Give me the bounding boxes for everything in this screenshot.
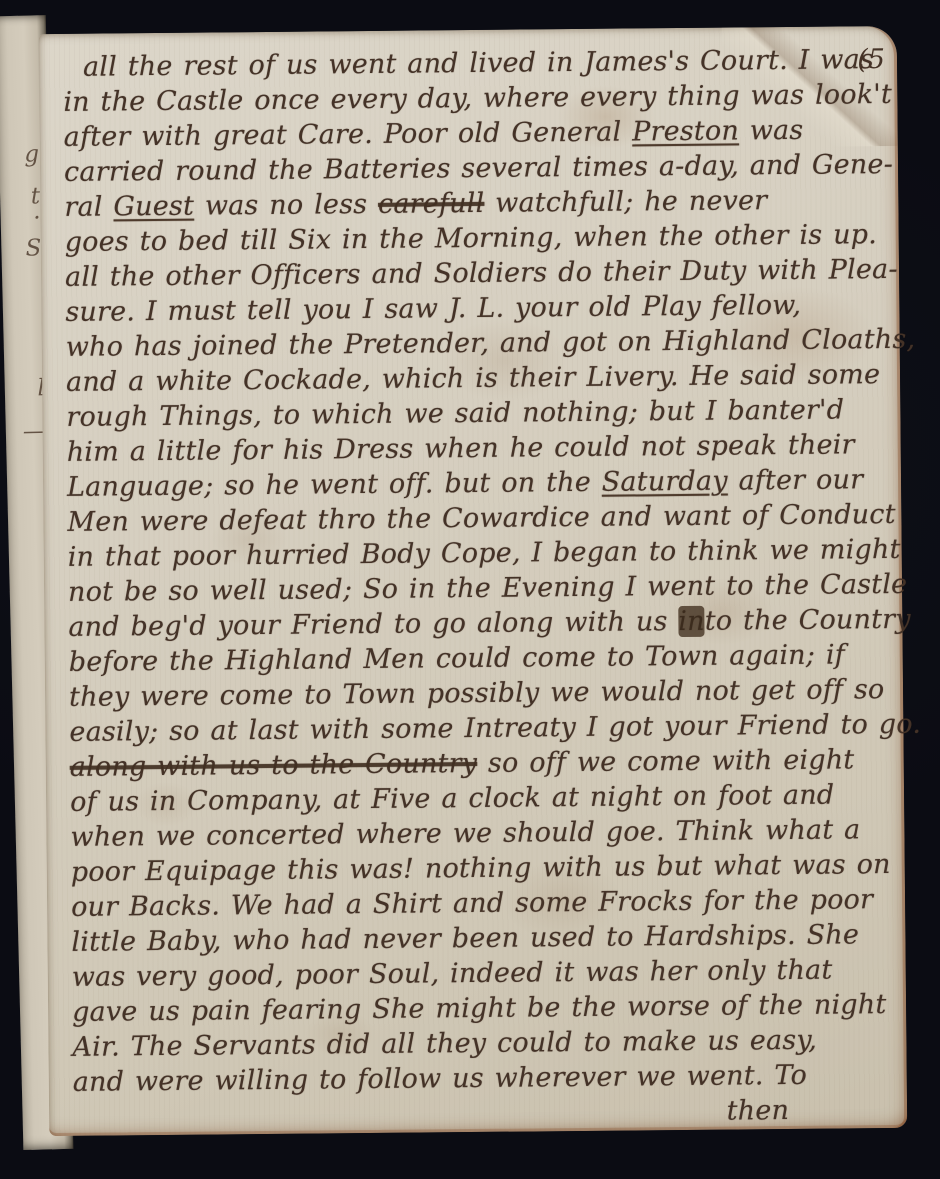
text-segment: before the Highland Men could come to To… [69,639,845,677]
text-segment: was very good, poor Soul, indeed it was … [72,955,833,993]
struck-out-text: carefull [378,188,485,220]
facing-page-letter-fragment: S [25,237,41,260]
underlined-word: Guest [113,191,194,223]
underlined-word: Saturday [602,466,728,498]
text-segment: after our [728,464,864,496]
letter-photograph: gt·Sl—l· (5 all the rest of us went and … [0,0,940,1179]
manuscript-page: (5 all the rest of us went and lived in … [39,26,908,1136]
text-segment: they were come to Town possibly we would… [69,674,885,713]
text-segment: watchfull; he never [484,185,767,219]
text-segment: all the rest of us went and lived in Jam… [83,44,874,83]
text-segment: gave us pain fearing She might be the wo… [72,989,887,1028]
struck-out-text: along with us to the Country [70,748,478,783]
text-segment: when we concerted where we should goe. T… [70,814,860,853]
ink-blotted-text: in [678,606,705,637]
text-segment: in that poor hurried Body Cope, I began … [68,534,901,573]
text-segment: was no less [194,189,378,222]
text-segment: so off we come with eight [477,744,854,779]
text-segment: in the Castle once every day, where ever… [63,79,892,118]
text-segment: rough Things, to which we said nothing; … [66,394,844,432]
manuscript-lines: all the rest of us went and lived in Jam… [63,42,881,1100]
text-segment: Language; so he went off. but on the [67,467,602,503]
text-segment: and beg'd your Friend to go along with u… [68,606,678,643]
text-segment: was [739,115,804,147]
text-segment: our Backs. We had a Shirt and some Frock… [71,884,873,923]
underlined-word: Preston [632,115,739,147]
text-segment: little Baby, who had never been used to … [71,919,859,958]
text-segment: ral [64,191,113,222]
manuscript-text: all the rest of us went and lived in Jam… [63,42,881,1135]
text-segment: and were willing to follow us wherever w… [73,1060,807,1098]
text-segment: Men were defeat thro the Cowardice and w… [67,499,896,538]
text-segment: poor Equipage this was! nothing with us … [71,849,891,888]
text-segment: of us in Company, at Five a clock at nig… [70,780,835,818]
text-segment: not be so well used; So in the Evening I… [68,569,907,608]
text-segment: sure. I must tell you I saw J. L. your o… [65,290,801,328]
text-segment: him a little for his Dress when he could… [67,429,855,468]
text-segment: after with great Care. Poor old General [64,116,633,152]
text-segment: to the Country [705,604,911,637]
text-segment: goes to bed till Six in the Morning, whe… [65,219,878,258]
text-segment: and a white Cockade, which is their Live… [66,359,880,398]
text-segment: carried round the Batteries several time… [64,149,893,188]
text-segment: all the other Officers and Soldiers do t… [65,254,898,293]
text-segment: Air. The Servants did all they could to … [72,1025,817,1063]
facing-page-letter-fragment: g [24,143,39,166]
